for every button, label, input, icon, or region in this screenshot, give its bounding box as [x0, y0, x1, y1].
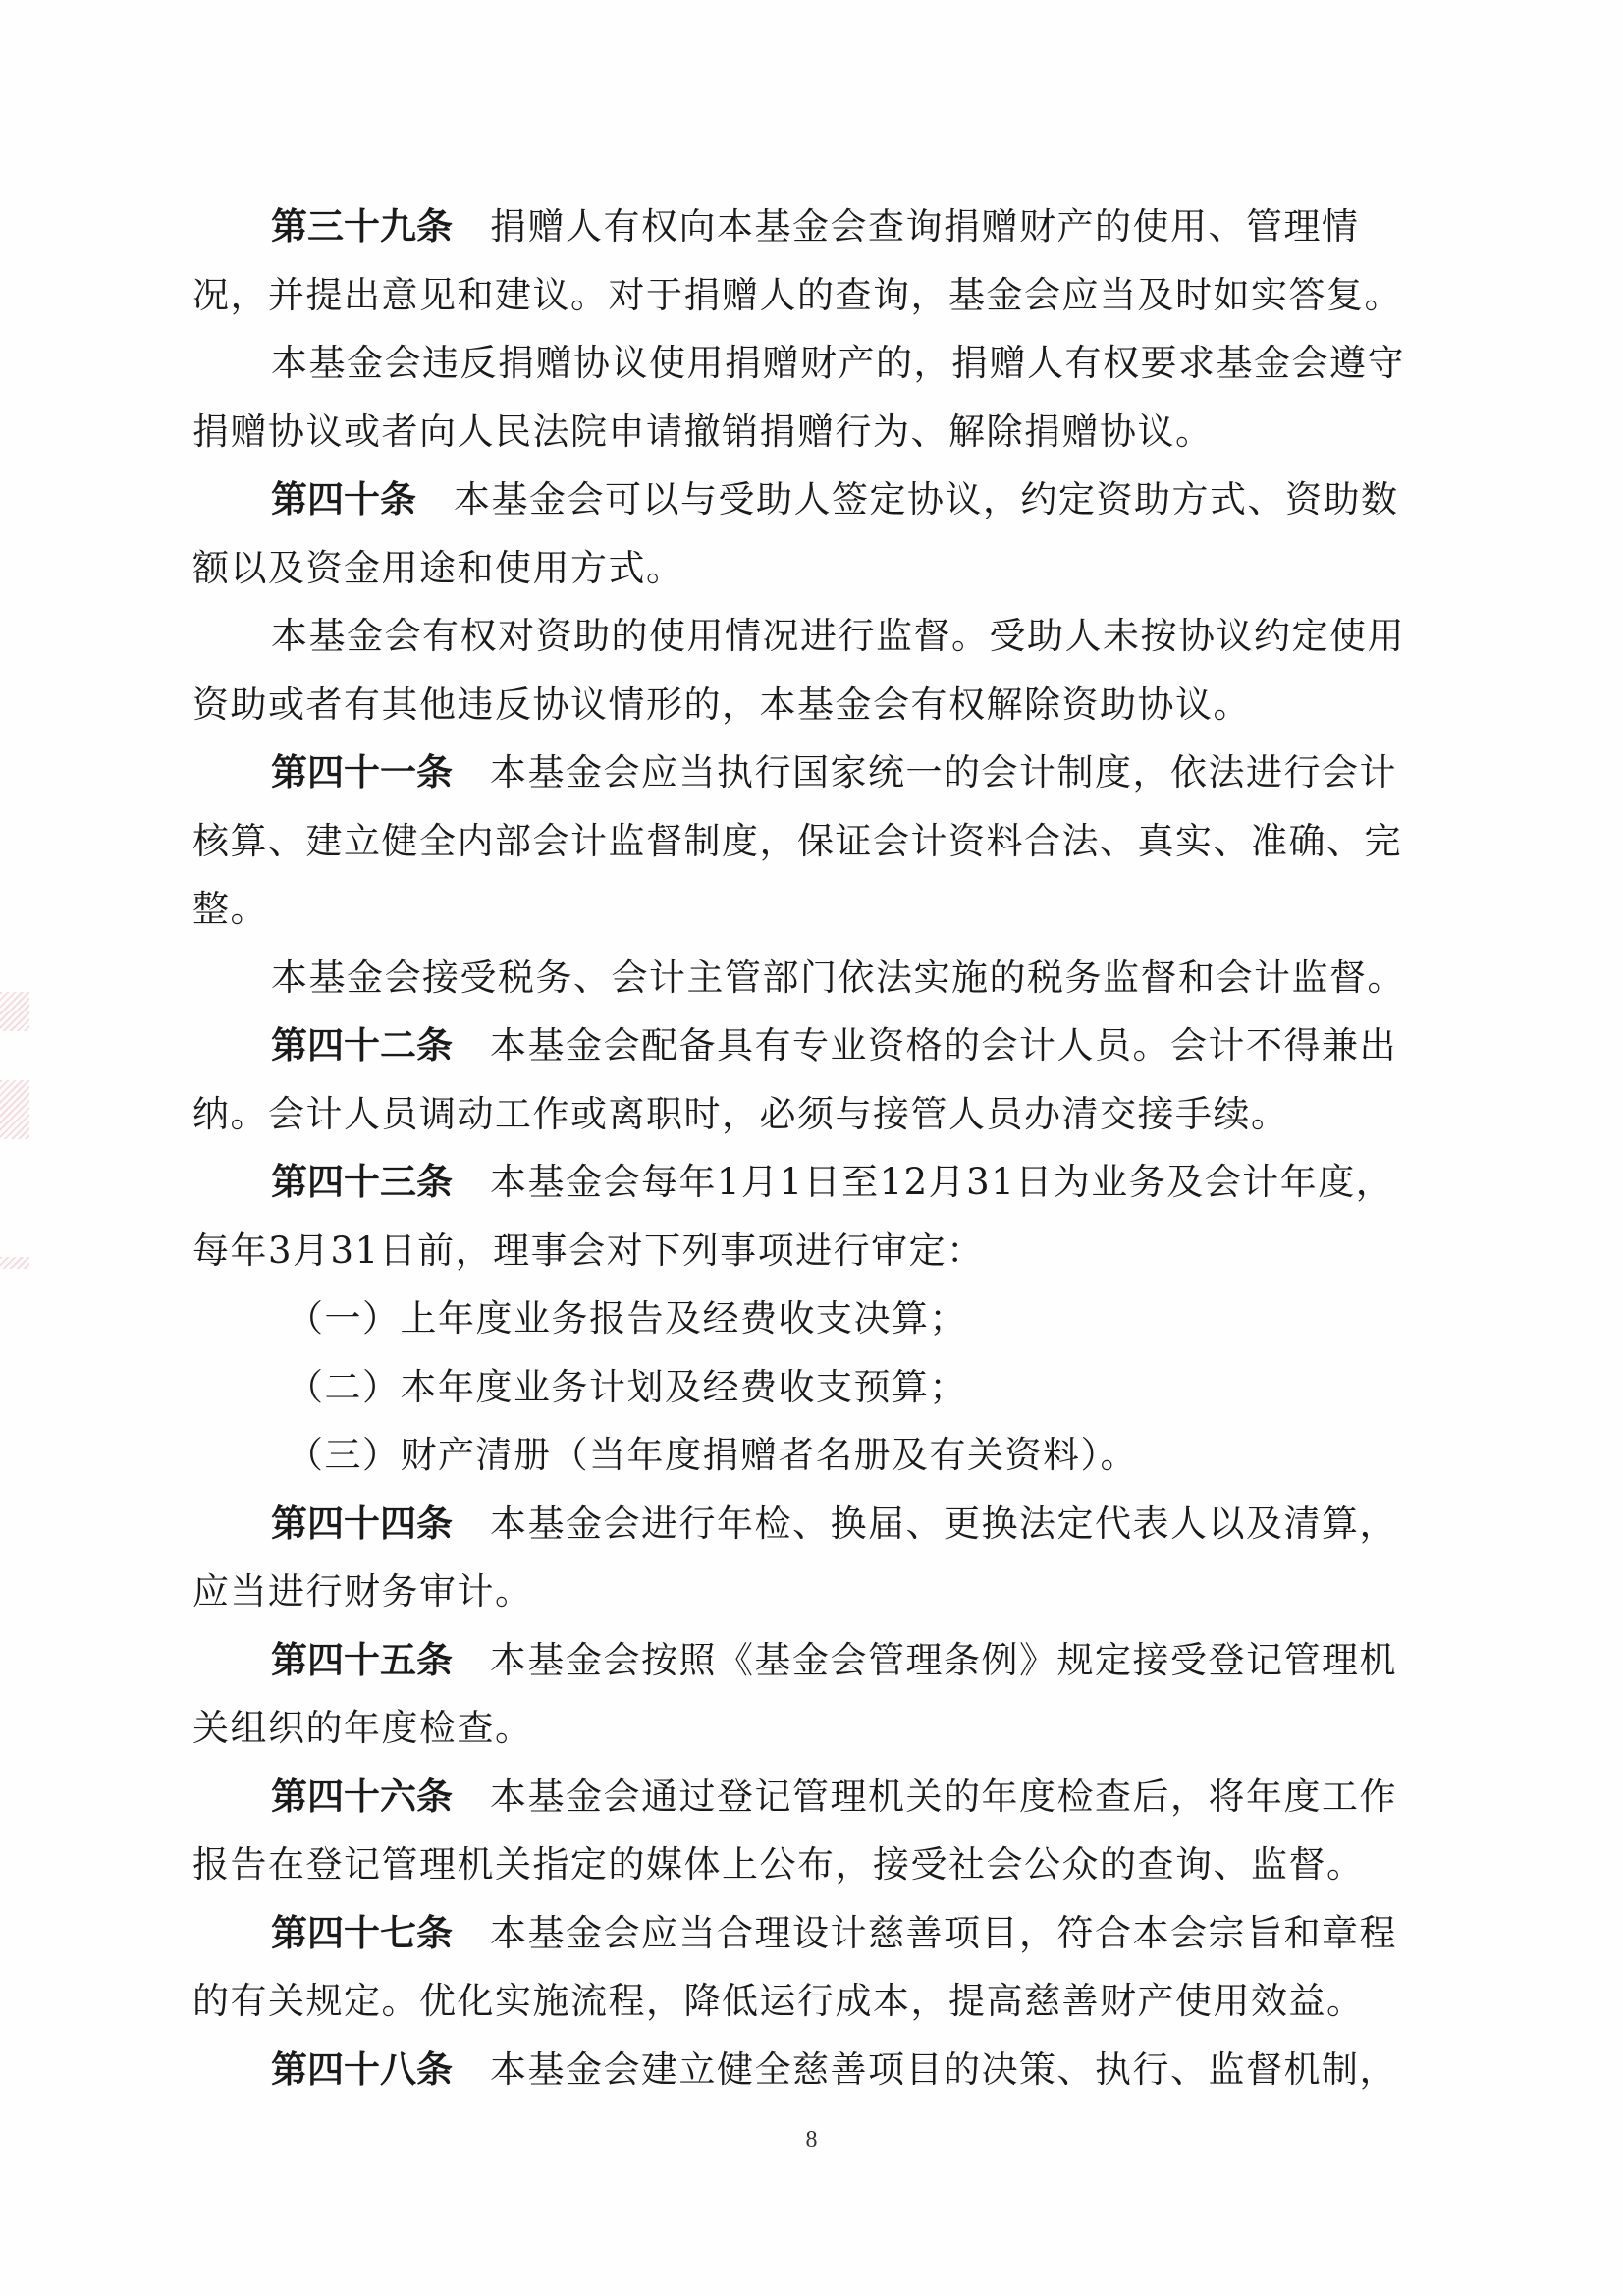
- article-44-line-1: 第四十四条本基金会进行年检、换届、更换法定代表人以及清算，: [192, 1490, 1420, 1558]
- article-43-item-1: （一）上年度业务报告及经费收支决算；: [192, 1285, 1420, 1353]
- article-label: 第三十九条: [271, 205, 453, 247]
- article-label: 第四十三条: [271, 1161, 453, 1203]
- article-41-line-2: 核算、建立健全内部会计监督制度，保证会计资料合法、真实、准确、完: [192, 807, 1420, 876]
- article-43-item-3: （三）财产清册（当年度捐赠者名册及有关资料）。: [192, 1421, 1420, 1490]
- seal-trace-mark: [0, 1080, 29, 1139]
- article-46-line-1: 第四十六条本基金会通过登记管理机关的年度检查后，将年度工作: [192, 1763, 1420, 1831]
- article-44-line-2: 应当进行财务审计。: [192, 1558, 1420, 1626]
- article-40-line-1: 第四十条本基金会可以与受助人签定协议，约定资助方式、资助数: [192, 465, 1420, 534]
- article-42-line-2: 纳。会计人员调动工作或离职时，必须与接管人员办清交接手续。: [192, 1080, 1420, 1149]
- article-39-paragraph-line-2: 捐赠协议或者向人民法院申请撤销捐赠行为、解除捐赠协议。: [192, 398, 1420, 466]
- article-label: 第四十五条: [271, 1639, 453, 1681]
- article-39-line-1: 第三十九条捐赠人有权向本基金会查询捐赠财产的使用、管理情: [192, 192, 1420, 261]
- article-42-line-1: 第四十二条本基金会配备具有专业资格的会计人员。会计不得兼出: [192, 1011, 1420, 1080]
- article-label: 第四十七条: [271, 1912, 453, 1954]
- article-43-item-2: （二）本年度业务计划及经费收支预算；: [192, 1353, 1420, 1422]
- body-text: 第三十九条捐赠人有权向本基金会查询捐赠财产的使用、管理情 况，并提出意见和建议。…: [192, 192, 1420, 2104]
- article-label: 第四十条: [271, 478, 416, 520]
- article-41-line-3: 整。: [192, 875, 1420, 944]
- article-39-line-2: 况，并提出意见和建议。对于捐赠人的查询，基金会应当及时如实答复。: [192, 261, 1420, 330]
- article-43-line-1: 第四十三条本基金会每年1月1日至12月31日为业务及会计年度，: [192, 1148, 1420, 1217]
- article-label: 第四十二条: [271, 1024, 453, 1066]
- article-45-line-2: 关组织的年度检查。: [192, 1694, 1420, 1763]
- article-40-paragraph-line-2: 资助或者有其他违反协议情形的，本基金会有权解除资助协议。: [192, 671, 1420, 739]
- article-47-line-2: 的有关规定。优化实施流程，降低运行成本，提高慈善财产使用效益。: [192, 1967, 1420, 2036]
- article-label: 第四十八条: [271, 2049, 453, 2091]
- article-41-paragraph-line-1: 本基金会接受税务、会计主管部门依法实施的税务监督和会计监督。: [192, 944, 1420, 1012]
- article-label: 第四十一条: [271, 751, 453, 793]
- seal-trace-mark: [0, 1257, 29, 1269]
- article-43-line-2: 每年3月31日前，理事会对下列事项进行审定：: [192, 1217, 1420, 1285]
- article-40-paragraph-line-1: 本基金会有权对资助的使用情况进行监督。受助人未按协议约定使用: [192, 602, 1420, 671]
- page-number: 8: [0, 2127, 1623, 2154]
- article-41-line-1: 第四十一条本基金会应当执行国家统一的会计制度，依法进行会计: [192, 738, 1420, 807]
- seal-trace-mark: [0, 992, 29, 1031]
- article-label: 第四十四条: [271, 1503, 453, 1545]
- article-46-line-2: 报告在登记管理机关指定的媒体上公布，接受社会公众的查询、监督。: [192, 1831, 1420, 1899]
- article-45-line-1: 第四十五条本基金会按照《基金会管理条例》规定接受登记管理机: [192, 1626, 1420, 1695]
- article-label: 第四十六条: [271, 1776, 453, 1818]
- article-48-line-1: 第四十八条本基金会建立健全慈善项目的决策、执行、监督机制，: [192, 2036, 1420, 2105]
- article-40-line-2: 额以及资金用途和使用方式。: [192, 534, 1420, 603]
- article-47-line-1: 第四十七条本基金会应当合理设计慈善项目，符合本会宗旨和章程: [192, 1899, 1420, 1968]
- document-page: 第三十九条捐赠人有权向本基金会查询捐赠财产的使用、管理情 况，并提出意见和建议。…: [0, 0, 1623, 2296]
- article-39-paragraph-line-1: 本基金会违反捐赠协议使用捐赠财产的，捐赠人有权要求基金会遵守: [192, 329, 1420, 398]
